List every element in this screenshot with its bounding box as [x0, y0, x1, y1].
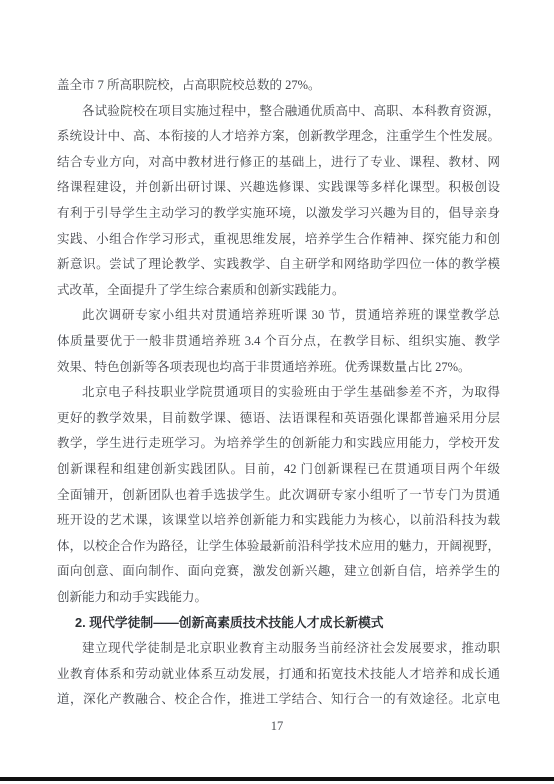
- body-line: 教学，学生进行走班学习。为培养学生的创新能力和实践应用能力，学校开发: [57, 431, 500, 457]
- body-line: 体质量要优于一般非贯通培养班 3.4 个百分点，在教学目标、组织实施、教学: [57, 329, 500, 355]
- body-line: 体，以校企合作为路径，让学生体验最新前沿科学技术应用的魅力，开阔视野，: [57, 534, 500, 560]
- body-line: 实践、小组合作学习形式，重视思维发展，培养学生合作精神、探究能力和创: [57, 227, 500, 253]
- body-text: 盖全市 7 所高职院校，占高职院校总数的 27%。 各试验院校在项目实施过程中，…: [57, 73, 500, 713]
- body-line: 全面铺开，创新团队也着手选拔学生。此次调研专家小组听了一节专门为贯通: [57, 483, 500, 509]
- body-line: 络课程建设，并创新出研讨课、兴趣选修课、实践课等多样化课型。积极创设: [57, 175, 500, 201]
- body-line: 建立现代学徒制是北京职业教育主动服务当前经济社会发展要求，推动职: [57, 636, 500, 662]
- page-number: 17: [0, 719, 554, 734]
- scan-edge-bar: [0, 777, 554, 781]
- document-page: 盖全市 7 所高职院校，占高职院校总数的 27%。 各试验院校在项目实施过程中，…: [0, 0, 554, 784]
- section-heading: 2. 现代学徒制——创新高素质技术技能人才成长新模式: [57, 610, 500, 636]
- body-line: 道，深化产教融合、校企合作，推进工学结合、知行合一的有效途径。北京电: [57, 687, 500, 713]
- body-line: 面向创意、面向制作、面向竞赛，激发创新兴趣，建立创新自信，培养学生的: [57, 559, 500, 585]
- body-line: 各试验院校在项目实施过程中，整合融通优质高中、高职、本科教育资源，: [57, 99, 500, 125]
- body-line: 此次调研专家小组共对贯通培养班听课 30 节，贯通培养班的课堂教学总: [57, 303, 500, 329]
- body-line: 效果、特色创新等各项表现也均高于非贯通培养班。优秀课数量占比 27%。: [57, 355, 500, 381]
- body-line: 业教育体系和劳动就业体系互动发展，打通和拓宽技术技能人才培养和成长通: [57, 662, 500, 688]
- body-line: 系统设计中、高、本衔接的人才培养方案，创新教学理念，注重学生个性发展。: [57, 124, 500, 150]
- body-line: 创新能力和动手实践能力。: [57, 585, 500, 611]
- body-line: 新意识。尝试了理论教学、实践教学、自主研学和网络助学四位一体的教学模: [57, 252, 500, 278]
- body-line: 有利于引导学生主动学习的教学实施环境，以激发学习兴趣为目的，倡导亲身: [57, 201, 500, 227]
- body-line: 式改革，全面提升了学生综合素质和创新实践能力。: [57, 278, 500, 304]
- body-line: 更好的教学效果，目前数学课、德语、法语课程和英语强化课都普遍采用分层: [57, 406, 500, 432]
- body-line: 创新课程和组建创新实践团队。目前，42 门创新课程已在贯通项目两个年级: [57, 457, 500, 483]
- body-line: 盖全市 7 所高职院校，占高职院校总数的 27%。: [57, 73, 500, 99]
- body-line: 北京电子科技职业学院贯通项目的实验班由于学生基础参差不齐，为取得: [57, 380, 500, 406]
- body-line: 结合专业方向，对高中教材进行修正的基础上，进行了专业、课程、教材、网: [57, 150, 500, 176]
- body-line: 班开设的艺术课，该课堂以培养创新能力和实践能力为核心，以前沿科技为载: [57, 508, 500, 534]
